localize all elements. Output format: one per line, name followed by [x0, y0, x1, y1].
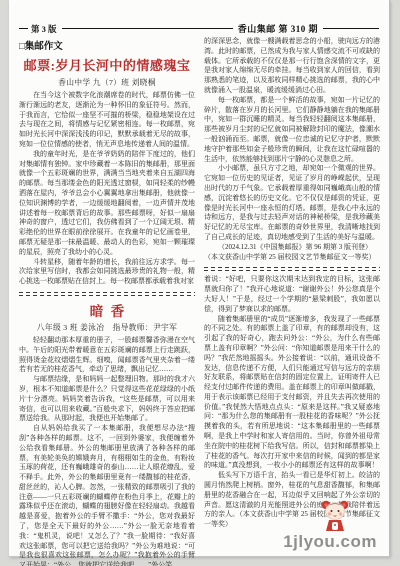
- article2-paragraph: 随着集邮册里的“成员”逐渐增多，我发现了一些邮票的不同之处。有的邮票上盖了印章，…: [204, 315, 380, 472]
- article1-paragraph: 我的童年时光，是在爷爷奶奶的陪伴下度过的，他们对集邮情有独钟。家中珍藏着一本陈旧…: [19, 150, 195, 258]
- watermark-text: 1jlyou.com: [283, 532, 377, 552]
- article2-byline: 八年级 3 班 姜泳冶 指导教师：尹宇军: [19, 322, 195, 333]
- two-column-layout: □集邮作文 邮票:岁月长河中的情感瑰宝 香山中学 九（7）班 刘晓桐 在当今这个…: [19, 37, 379, 566]
- article2-paragraph: 轻轻翻动那本厚重的册子，一股邮票馨香弥漫在空气中。午后的阳光带着暖意在五彩斑斓的…: [19, 336, 195, 375]
- article1-title: 邮票:岁月长河中的情感瑰宝: [19, 55, 195, 74]
- article1-byline: 香山中学 九（7）班 刘晓桐: [19, 77, 195, 88]
- masthead-label: 香山集邮 第 310 期: [238, 22, 318, 35]
- article2-paragraph: 自从妈妈给我买了一本集邮册，我便想尽办法“搜刮”各种各样的邮票。这不，一回到外婆…: [19, 424, 195, 566]
- article1-paragraph: 斗转星移，随着年龄的增长，我前往远方求学。每一次给家里写信时，我都会如同挑选最珍…: [19, 258, 195, 287]
- newspaper-page: 第 3 版 香山集邮 第 310 期 □集邮作文 邮票:岁月长河中的情感瑰宝 香…: [9, 0, 390, 557]
- article1-award: （本文获香山中学第 25 届校园文艺节集邮征文一等奖）: [204, 253, 380, 263]
- right-column: 的深深思念，就像一艘满载着思念的小船，驶向远方的港湾。此时的邮票，已然成为我与家…: [204, 37, 380, 566]
- header-rule-left: [19, 28, 28, 29]
- left-column: □集邮作文 邮票:岁月长河中的情感瑰宝 香山中学 九（7）班 刘晓桐 在当今这个…: [19, 37, 195, 566]
- section-label: □集邮作文: [19, 38, 195, 52]
- watermark: 1jlyou.com: [267, 500, 377, 552]
- article-divider-left: [19, 292, 195, 296]
- edition-label: 第 3 版: [31, 23, 57, 35]
- article1-paragraph: 在当今这个被数字化浪潮席卷的时代，邮票仿佛一位渐行渐远的老友，逐渐沦为一种怀旧的…: [19, 91, 195, 150]
- article2-paragraph: 与邮票结缘，是和妈妈一起整理旧物。那时的我才六岁，根本不知道邮票是什么？只觉得这…: [19, 375, 195, 424]
- article1-paragraph: 小小邮票，虽只方寸之地，却宛如一个微观的世界。它宛如一位历史的见证者，见证了岁月…: [204, 164, 380, 242]
- article-divider-right: [204, 267, 380, 271]
- article1-citation: （2024.12.31《中国集邮报》第 96 期第 3 版刊登）: [204, 243, 380, 253]
- header-rule-middle: [62, 28, 233, 29]
- mascot-doll-icon: [319, 498, 351, 534]
- page-header: 第 3 版 香山集邮 第 310 期: [19, 23, 379, 34]
- header-rule-right: [323, 28, 379, 29]
- article2-paragraph-continuation: 着说：“好吧，只要你这次期末达到我定的目标，这张邮票就归你了！”我开心地说道：“…: [204, 275, 380, 314]
- article1-paragraph-continuation: 的深深思念，就像一艘满载着思念的小船，驶向远方的港湾。此时的邮票，已然成为我与家…: [204, 37, 380, 96]
- article2-title: 暗香: [19, 300, 195, 320]
- article1-paragraph: 每一枚邮票，都是一个鲜活的故事，宛如一片记忆的碎片，散落在岁月的长河里。它们静静…: [204, 96, 380, 165]
